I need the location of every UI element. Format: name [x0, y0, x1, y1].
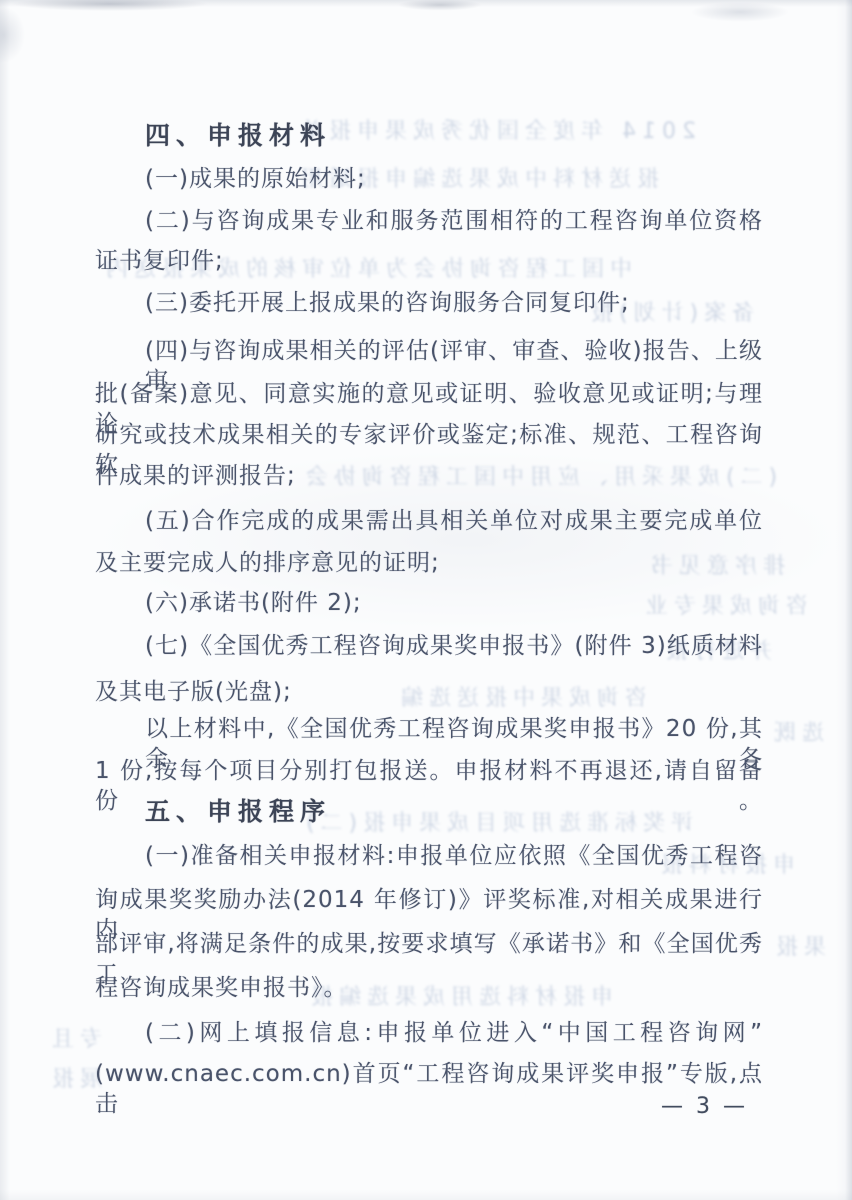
text-line: 程咨询成果奖申报书》。: [95, 973, 763, 1003]
section-heading: 四、申报材料: [95, 121, 763, 151]
text-line: 证书复印件;: [95, 246, 763, 276]
text-line: (六)承诺书(附件 2);: [95, 588, 763, 618]
section-heading: 五、申报程序: [95, 797, 763, 827]
document-lines: 四、申报材料(一)成果的原始材料;(二)与咨询成果专业和服务范围相符的工程咨询单…: [0, 0, 852, 1200]
text-line: (七)《全国优秀工程咨询成果奖申报书》(附件 3)纸质材料: [95, 631, 763, 661]
text-line: (一)准备相关申报材料:申报单位应依照《全国优秀工程咨: [95, 841, 763, 871]
text-line: (一)成果的原始材料;: [95, 164, 763, 194]
text-line: (五)合作完成的成果需出具相关单位对成果主要完成单位: [95, 506, 763, 536]
text-line: 及其电子版(光盘);: [95, 677, 763, 707]
text-line: 及主要完成人的排序意见的证明;: [95, 548, 763, 578]
page-number: — 3 —: [600, 1094, 748, 1119]
text-line: (二)网上填报信息:申报单位进入“中国工程咨询网”: [95, 1018, 763, 1048]
text-line: (三)委托开展上报成果的咨询服务合同复印件;: [95, 288, 763, 318]
text-line: (二)与咨询成果专业和服务范围相符的工程咨询单位资格: [95, 206, 763, 236]
text-line: 件成果的评测报告;: [95, 461, 763, 491]
scanned-document-page: 2014 年度全国优秀成果申报单报送材料中成果选编申报适用中国工程咨询协会为单位…: [0, 0, 852, 1200]
